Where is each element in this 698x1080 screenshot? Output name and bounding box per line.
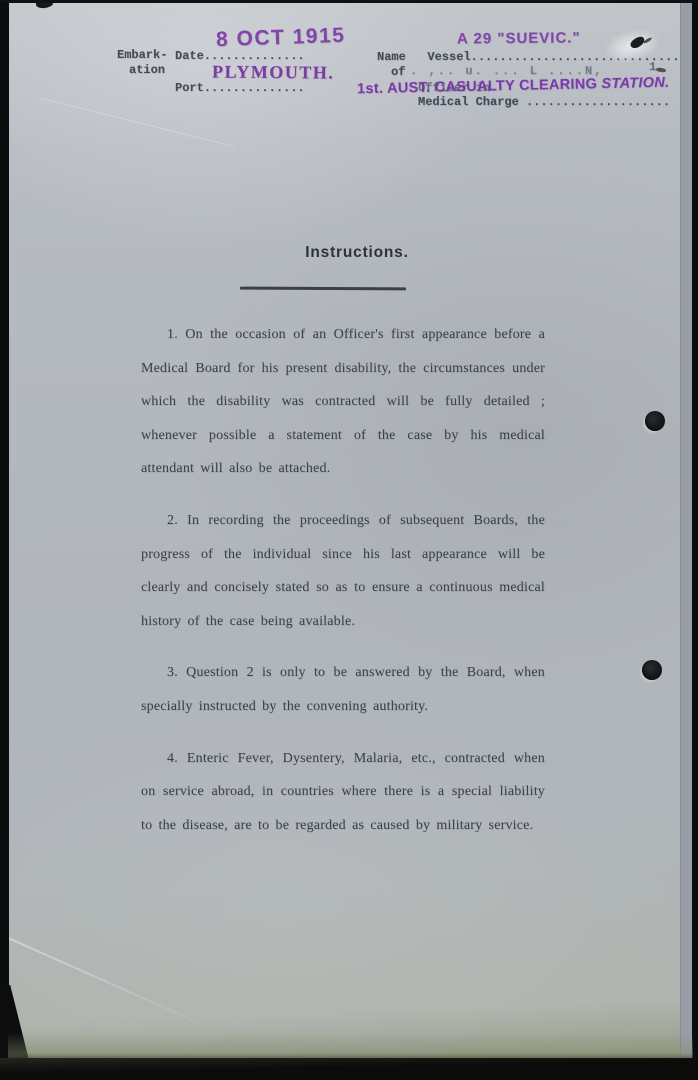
instructions-paragraphs: 1. On the occasion of an Officer's first… [141,318,545,860]
embarkation-label-line1: Embark- [117,48,167,62]
scanned-document-page: Embark- ation Date.............. Port...… [0,0,698,1080]
instruction-paragraph-3: 3. Question 2 is only to be answered by … [141,656,545,723]
station-stamp-tail: STATION. [601,75,669,92]
medical-charge-field-label: Medical Charge .................... [418,95,670,109]
of-label: of [391,65,405,79]
scan-border-top [0,0,698,3]
paper-crease [41,98,235,147]
instruction-paragraph-2: 2. In recording the proceedings of subse… [141,504,545,638]
plymouth-port-stamp: PLYMOUTH. [212,61,335,83]
scan-border-left [0,0,9,1080]
scan-border-bottom [0,1058,698,1080]
paper-sheet: Embark- ation Date.............. Port...… [8,2,693,1064]
embarkation-label-line2: ation [129,63,165,77]
date-received-stamp: 8 OCT 1915 [216,24,346,53]
vessel-code-stamp: A 29 "SUEVIC." [457,29,581,47]
punch-hole-top [645,411,665,431]
paper-crease [0,924,217,1032]
instruction-paragraph-1: 1. On the occasion of an Officer's first… [141,318,545,486]
scan-border-right [692,0,698,1080]
instructions-title: Instructions. [305,244,408,262]
title-underline-rule [240,287,406,290]
punch-hole-bottom [642,660,662,680]
paper-bottom-shadow [8,1032,693,1060]
instruction-paragraph-4: 4. Enteric Fever, Dysentery, Malaria, et… [141,742,545,843]
